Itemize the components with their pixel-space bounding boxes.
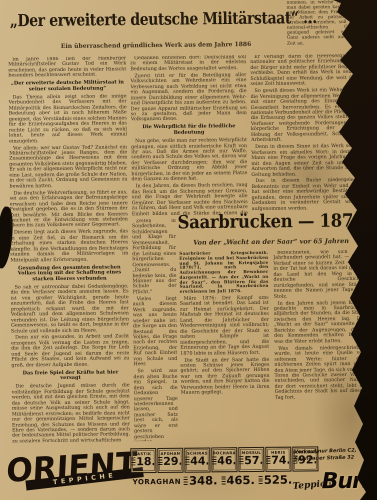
paragraph: Gedanken entstehen dort: Deutschland sol… xyxy=(130,55,246,73)
paragraph: In den Jahren nach jenem Kriege gedachte… xyxy=(274,300,365,345)
price-box: MOSSUL57. xyxy=(238,447,264,472)
price-box: SCHIRAS44. xyxy=(184,447,210,472)
size-stamp-icon xyxy=(185,457,189,465)
price-value: 57. xyxy=(244,454,264,465)
saar-headline: Saarbrücken — 1876 xyxy=(172,210,370,233)
ad-yoraghan-prices: 348.465.525. xyxy=(184,475,292,488)
size-stamp-icon xyxy=(184,477,188,486)
price-box: AFGHAN29. xyxy=(157,448,183,473)
price-box: BOCHARA46. xyxy=(211,447,237,472)
paragraph: Diesem liegt auch dieses Werk zugrunde, … xyxy=(10,230,128,264)
paragraph: So wird aus dem alten Buche ein Spiegel,… xyxy=(133,369,178,441)
ad-price-boxes: JASTIK18.AFGHAN29.SCHIRAS44.BOCHARA46.MO… xyxy=(130,446,318,473)
price-value: 74. xyxy=(271,454,291,465)
size-stamp-icon xyxy=(131,457,135,465)
carpet-advertisement: ORIENT TEPPICHE JASTIK18.AFGHAN29.SCHIRA… xyxy=(4,444,377,500)
sub-headline: Gesundung des gesamten deutschen Volkes … xyxy=(11,265,127,283)
ad-seller-address: Verkauf nur Berlin C2, Spandauer Straße … xyxy=(294,447,376,462)
paragraph: Das in diesem Buche niedergelegte Bekenn… xyxy=(251,178,361,212)
paragraph: Die Stadt an der Saar hatte die ersten S… xyxy=(180,357,269,396)
price-value: 525. xyxy=(259,475,292,487)
price-value: 46. xyxy=(217,455,237,466)
corner-text-snippet: nommen, in welche Abgründe man dabei ger… xyxy=(287,0,360,51)
newspaper-page: „Der erweiterte deutsche Militärstaat“ …… xyxy=(0,0,377,500)
price-value: 348. xyxy=(184,475,217,487)
price-value: 44. xyxy=(190,455,210,466)
paragraph: Zeiten in Sonderheiten, Schilderungen un… xyxy=(132,219,177,296)
price-box: JASTIK18. xyxy=(130,448,156,473)
paragraph: Vor allem: wer war Gustav Tod? Zunächst … xyxy=(9,145,127,190)
sub-headline: „Der erweiterte deutsche Militärstaat in… xyxy=(9,81,125,93)
paragraph: Die deutsche Jugend müsse durch die voll… xyxy=(12,384,131,443)
main-headline: „Der erweiterte deutsche Militärstaat“ … xyxy=(10,9,302,31)
size-stamp-icon xyxy=(212,456,216,464)
saar-column-left: Saarbrücker Kriegschronik. Ereignisse in… xyxy=(179,251,270,444)
sub-headline: Das freie Spiel der Kräfte hat hier vers… xyxy=(12,370,128,382)
paragraph: Die deutsche Wehrverfassung, so führt er… xyxy=(10,190,128,229)
newspaper-scan: „Der erweiterte deutsche Militärstaat“ …… xyxy=(0,0,377,500)
size-stamp-icon xyxy=(221,477,225,486)
size-stamp-icon xyxy=(239,456,243,464)
paragraph: Das Thema allein zeigt schon die innige … xyxy=(9,94,128,144)
ad-price-row-2: YORAGHAN 348.465.525. xyxy=(133,475,293,488)
paragraph: März 1876: Der Kampf ums Saarland ist be… xyxy=(180,296,270,357)
paragraph: Im Jahre 1886 ließ der Hamburger Militär… xyxy=(8,56,126,79)
price-value: 29. xyxy=(163,455,183,466)
paragraph: Denn nur ein gesundes, in Arbeit und Zuc… xyxy=(11,335,129,369)
column-3: Er verlangt darin die Heeresergänzung na… xyxy=(250,54,362,215)
paragraph: Vieles liegt auch diesem Werk zugrunde, … xyxy=(133,297,178,368)
size-stamp-icon xyxy=(158,457,162,465)
ad-yoraghan-label: YORAGHAN xyxy=(133,478,182,487)
size-stamp-icon xyxy=(259,476,263,485)
column-2-narrow: Zeiten in Sonderheiten, Schilderungen un… xyxy=(132,219,178,441)
paragraph: Denn in diesem Sinne ist das Werk seines… xyxy=(251,144,361,178)
paragraph: bezeichneten, wie sich ein Jahrhundert g… xyxy=(273,250,365,300)
saar-subhead: Von der „Wacht an der Saar“ vor 65 Jahre… xyxy=(176,237,366,247)
main-subhead: Ein überraschend gründliches Werk aus de… xyxy=(40,41,272,50)
paragraph: Nun gehe, wolle man zur rechten Wehrpfli… xyxy=(131,138,247,183)
column-2: Gedanken entstehen dort: Deutschland sol… xyxy=(130,55,248,216)
saar-column-right: bezeichneten, wie sich ein Jahrhundert g… xyxy=(273,250,366,443)
price-box: HERIS74. xyxy=(265,447,291,472)
price-value: 465. xyxy=(221,475,254,487)
sub-headline: Die Wehrpflicht für die friedliche Bedeu… xyxy=(132,124,246,136)
column-1: Im Jahre 1886 ließ der Hamburger Militär… xyxy=(8,56,130,442)
paragraph: Was damals niedergeschrieben wurde, ist … xyxy=(274,346,366,401)
paragraph: Saarbrücker Kriegschronik. Ereignisse in… xyxy=(179,251,268,295)
paragraph: So sah er untrennbar dabei Gedankengänge… xyxy=(11,284,130,334)
paragraph: So gewiß dieses Werk ist ein Wehwort auf… xyxy=(251,88,362,144)
ad-logo-bursch: Bursch xyxy=(322,468,377,494)
size-stamp-icon xyxy=(266,456,270,464)
paragraph: Er verlangt darin die Heeresergänzung na… xyxy=(250,54,360,88)
price-value: 18. xyxy=(136,456,156,467)
paragraph: Zuerst tritt er für die Beteiligung alle… xyxy=(130,73,247,123)
